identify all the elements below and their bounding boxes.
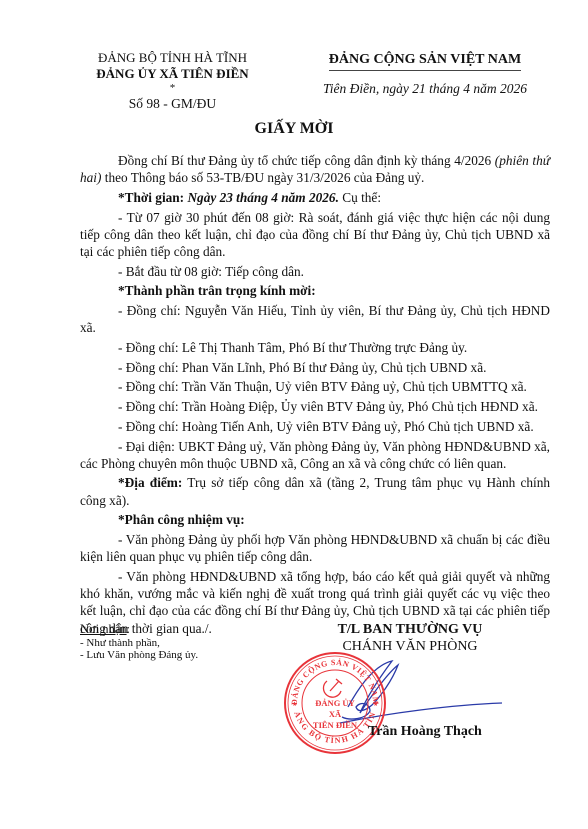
svg-text:★: ★ <box>373 701 378 708</box>
recipients-label: Nơi nhận <box>80 622 127 636</box>
parent-organization: ĐẢNG BỘ TỈNH HÀ TĨNH <box>60 50 285 66</box>
party-name: ĐẢNG CỘNG SẢN VIỆT NAM <box>329 51 521 71</box>
document-number: Số 98 - GM/ĐU <box>60 96 285 112</box>
recipient-item: - Lưu Văn phòng Đảng ủy. <box>80 649 198 661</box>
tasks-heading: *Phân công nhiệm vụ: <box>80 511 550 528</box>
organization-name: ĐẢNG ỦY XÃ TIÊN ĐIỀN <box>60 66 285 82</box>
location-paragraph: *Địa điểm: Trụ sở tiếp công dân xã (tầng… <box>80 474 550 508</box>
time-item: - Bắt đầu từ 08 giờ: Tiếp công dân. <box>80 263 550 280</box>
attendee-item: - Đồng chí: Lê Thị Thanh Tâm, Phó Bí thư… <box>80 339 550 356</box>
attendee-item: - Đồng chí: Hoàng Tiến Anh, Uỷ viên BTV … <box>80 418 550 435</box>
attendee-item: - Đồng chí: Trần Hoàng Điệp, Ủy viên BTV… <box>80 398 550 415</box>
signature-block: T/L BAN THƯỜNG VỤ CHÁNH VĂN PHÒNG <box>310 621 510 655</box>
attendee-item: - Đồng chí: Phan Văn Lĩnh, Phó Bí thư Đả… <box>80 359 550 376</box>
time-heading: *Thời gian: Ngày 23 tháng 4 năm 2026. Cụ… <box>80 189 550 206</box>
svg-text:TIÊN ĐIỀN: TIÊN ĐIỀN <box>313 720 358 730</box>
national-header: ĐẢNG CỘNG SẢN VIỆT NAM Tiên Điền, ngày 2… <box>300 50 550 97</box>
hammer-sickle-icon <box>323 679 342 697</box>
recipients: Nơi nhận: - Như thành phần, - Lưu Văn ph… <box>80 622 198 661</box>
authority-line: T/L BAN THƯỜNG VỤ <box>310 621 510 638</box>
intro-paragraph: Đồng chí Bí thư Đảng ủy tổ chức tiếp côn… <box>80 152 550 186</box>
star-separator: * <box>60 82 285 94</box>
svg-text:XÃ: XÃ <box>329 709 342 719</box>
document-title: GIẤY MỜI <box>0 120 588 138</box>
time-item: - Từ 07 giờ 30 phút đến 08 giờ: Rà soát,… <box>80 209 550 261</box>
recipient-item: - Như thành phần, <box>80 637 198 649</box>
attendee-item: - Đồng chí: Trần Văn Thuận, Uỷ viên BTV … <box>80 378 550 395</box>
attendee-item: - Đồng chí: Nguyễn Văn Hiếu, Tỉnh ủy viê… <box>80 302 550 336</box>
place-date: Tiên Điền, ngày 21 tháng 4 năm 2026 <box>300 81 550 97</box>
attendees-heading: *Thành phần trân trọng kính mời: <box>80 282 550 299</box>
attendee-item: - Đại diện: UBKT Đảng uỷ, Văn phòng Đảng… <box>80 438 550 472</box>
signer-name: Trần Hoàng Thạch <box>368 724 482 740</box>
issuing-organization: ĐẢNG BỘ TỈNH HÀ TĨNH ĐẢNG ỦY XÃ TIÊN ĐIỀ… <box>60 50 285 112</box>
document-body: Đồng chí Bí thư Đảng ủy tổ chức tiếp côn… <box>80 152 550 639</box>
svg-text:★: ★ <box>292 701 297 708</box>
task-item: - Văn phòng Đảng ủy phối hợp Văn phòng H… <box>80 531 550 565</box>
svg-text:ĐẢNG ỦY: ĐẢNG ỦY <box>315 698 354 708</box>
